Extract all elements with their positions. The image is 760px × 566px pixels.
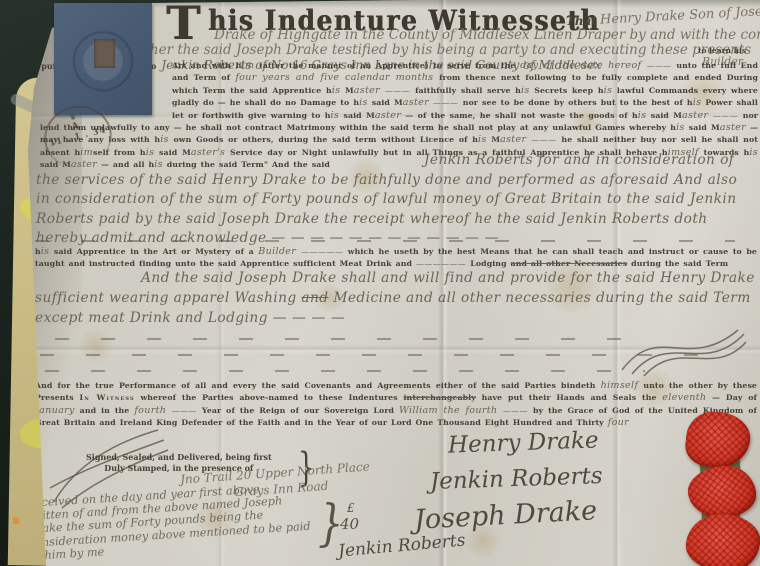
wax-seal — [685, 512, 760, 566]
fold-crease — [0, 345, 760, 354]
text-segment-p: and in the — [75, 406, 135, 415]
text-segment-h: aster — [375, 110, 401, 121]
text-segment-h: day of the date hereof — [520, 60, 646, 71]
text-segment-d: — — — — — — — — — — — — — [271, 230, 499, 246]
text-segment-h: January — [35, 405, 75, 416]
text-segment-p: nor see to be done by others but to the … — [463, 98, 693, 107]
text-segment-p: (after the manner of an Apprentice) to s… — [254, 61, 520, 70]
text-segment-p: said Apprentice in the Art or Mystery of… — [49, 247, 258, 256]
provision-paragraph: And the said Joseph Drake shall and will… — [35, 268, 757, 328]
text-segment-h: Builder — [258, 246, 301, 257]
text-segment-d: — — — — — [273, 310, 346, 326]
text-segment-p: said M — [339, 111, 375, 120]
text-segment-d: ——— — [503, 406, 528, 415]
signature-jenkin-roberts: Jenkin Roberts — [430, 463, 603, 495]
text-segment-h: William the fourth — [399, 405, 503, 416]
receipt-currency: £ — [347, 501, 355, 515]
text-segment-p: faithfully shall serve h — [415, 86, 521, 95]
text-segment-h: is — [676, 122, 685, 133]
text-segment-d: ——— — [708, 111, 742, 120]
text-segment-h: is — [604, 85, 613, 96]
text-segment-h: aster — [403, 97, 429, 108]
text-segment-d: ——— — [380, 86, 415, 95]
witnessing-paragraph: And for the true Performance of all and … — [35, 380, 757, 430]
receipt-amount: 40 — [340, 515, 359, 533]
text-segment-p: Year of the Reign of our Sovereign Lord — [197, 406, 399, 415]
text-segment-d: ——— — [526, 135, 561, 144]
text-segment-h: aster — [682, 110, 708, 121]
text-segment-p: — of the same, he shall not waste the go… — [401, 111, 638, 120]
text-segment-h: fourth — [134, 405, 171, 416]
wax-seal — [686, 464, 757, 521]
text-segment-h: is — [521, 85, 530, 96]
text-segment-h: eleventh — [662, 392, 706, 403]
title-that: That — [566, 14, 597, 28]
consideration-paragraph: Jenkin Roberts for and in consideration … — [36, 151, 756, 249]
dash-fill-row — [55, 338, 645, 340]
text-segment-p: — Day of — [706, 393, 757, 402]
card-dot — [12, 517, 19, 524]
text-segment-p: have put their Hands and Seals the — [476, 393, 662, 402]
text-segment-p: said M — [685, 123, 720, 132]
text-segment-hs: and — [301, 290, 328, 306]
opening-script-line: Drake of Highgate in the County of Middl… — [214, 27, 760, 43]
text-segment-h: im — [242, 60, 255, 71]
text-segment-p: Art and with h — [172, 61, 242, 70]
text-segment-d: ——— — [647, 61, 672, 70]
text-segment-p: own Goods or others, during the said ter… — [169, 135, 478, 144]
text-segment-h: aster — [354, 85, 380, 96]
text-segment-h: himself — [601, 380, 639, 391]
text-segment-p: said M — [646, 111, 682, 120]
text-segment-p: whereof the Parties above-named to these… — [135, 393, 404, 402]
dash-fill-row — [40, 354, 700, 356]
text-segment-d: ————— — [301, 247, 343, 256]
text-segment-d: ——— — [429, 98, 463, 107]
text-segment-h: aster — [720, 122, 746, 133]
text-segment-d: ——— — [172, 406, 197, 415]
text-segment-h: is — [331, 110, 340, 121]
text-segment-h: is — [693, 97, 702, 108]
text-segment-p: And for the true Performance of all and … — [35, 381, 601, 390]
text-segment-h: is — [478, 134, 487, 145]
text-segment-h: is — [160, 134, 169, 145]
text-segment-h: four years and five calendar months — [235, 72, 439, 83]
dash-fill-row — [35, 240, 735, 242]
text-segment-h: four — [608, 417, 629, 428]
signature-henry-drake: Henry Drake — [448, 427, 599, 458]
text-segment-h: aster — [500, 134, 526, 145]
dash-fill-row — [45, 370, 645, 372]
text-segment-p: M — [487, 135, 500, 144]
text-segment-p: Secrets keep h — [530, 86, 604, 95]
text-segment-p: M — [340, 86, 353, 95]
duty-stamp-cypher — [94, 39, 115, 68]
text-segment-h: is — [359, 97, 368, 108]
to-learn-his: to learn his — [698, 46, 746, 55]
text-segment-p: said M — [368, 98, 403, 107]
text-segment-pc: In Witness — [80, 393, 135, 402]
text-segment-ps: interchangeably — [404, 393, 476, 402]
embossed-duty-stamp — [54, 3, 152, 115]
photograph-of-indenture: T his Indenture Witnesseth That Henry Dr… — [0, 0, 760, 566]
ornate-initial: T — [166, 0, 200, 46]
attestation-line: Signed, Sealed, and Delivered, being fir… — [86, 452, 272, 463]
